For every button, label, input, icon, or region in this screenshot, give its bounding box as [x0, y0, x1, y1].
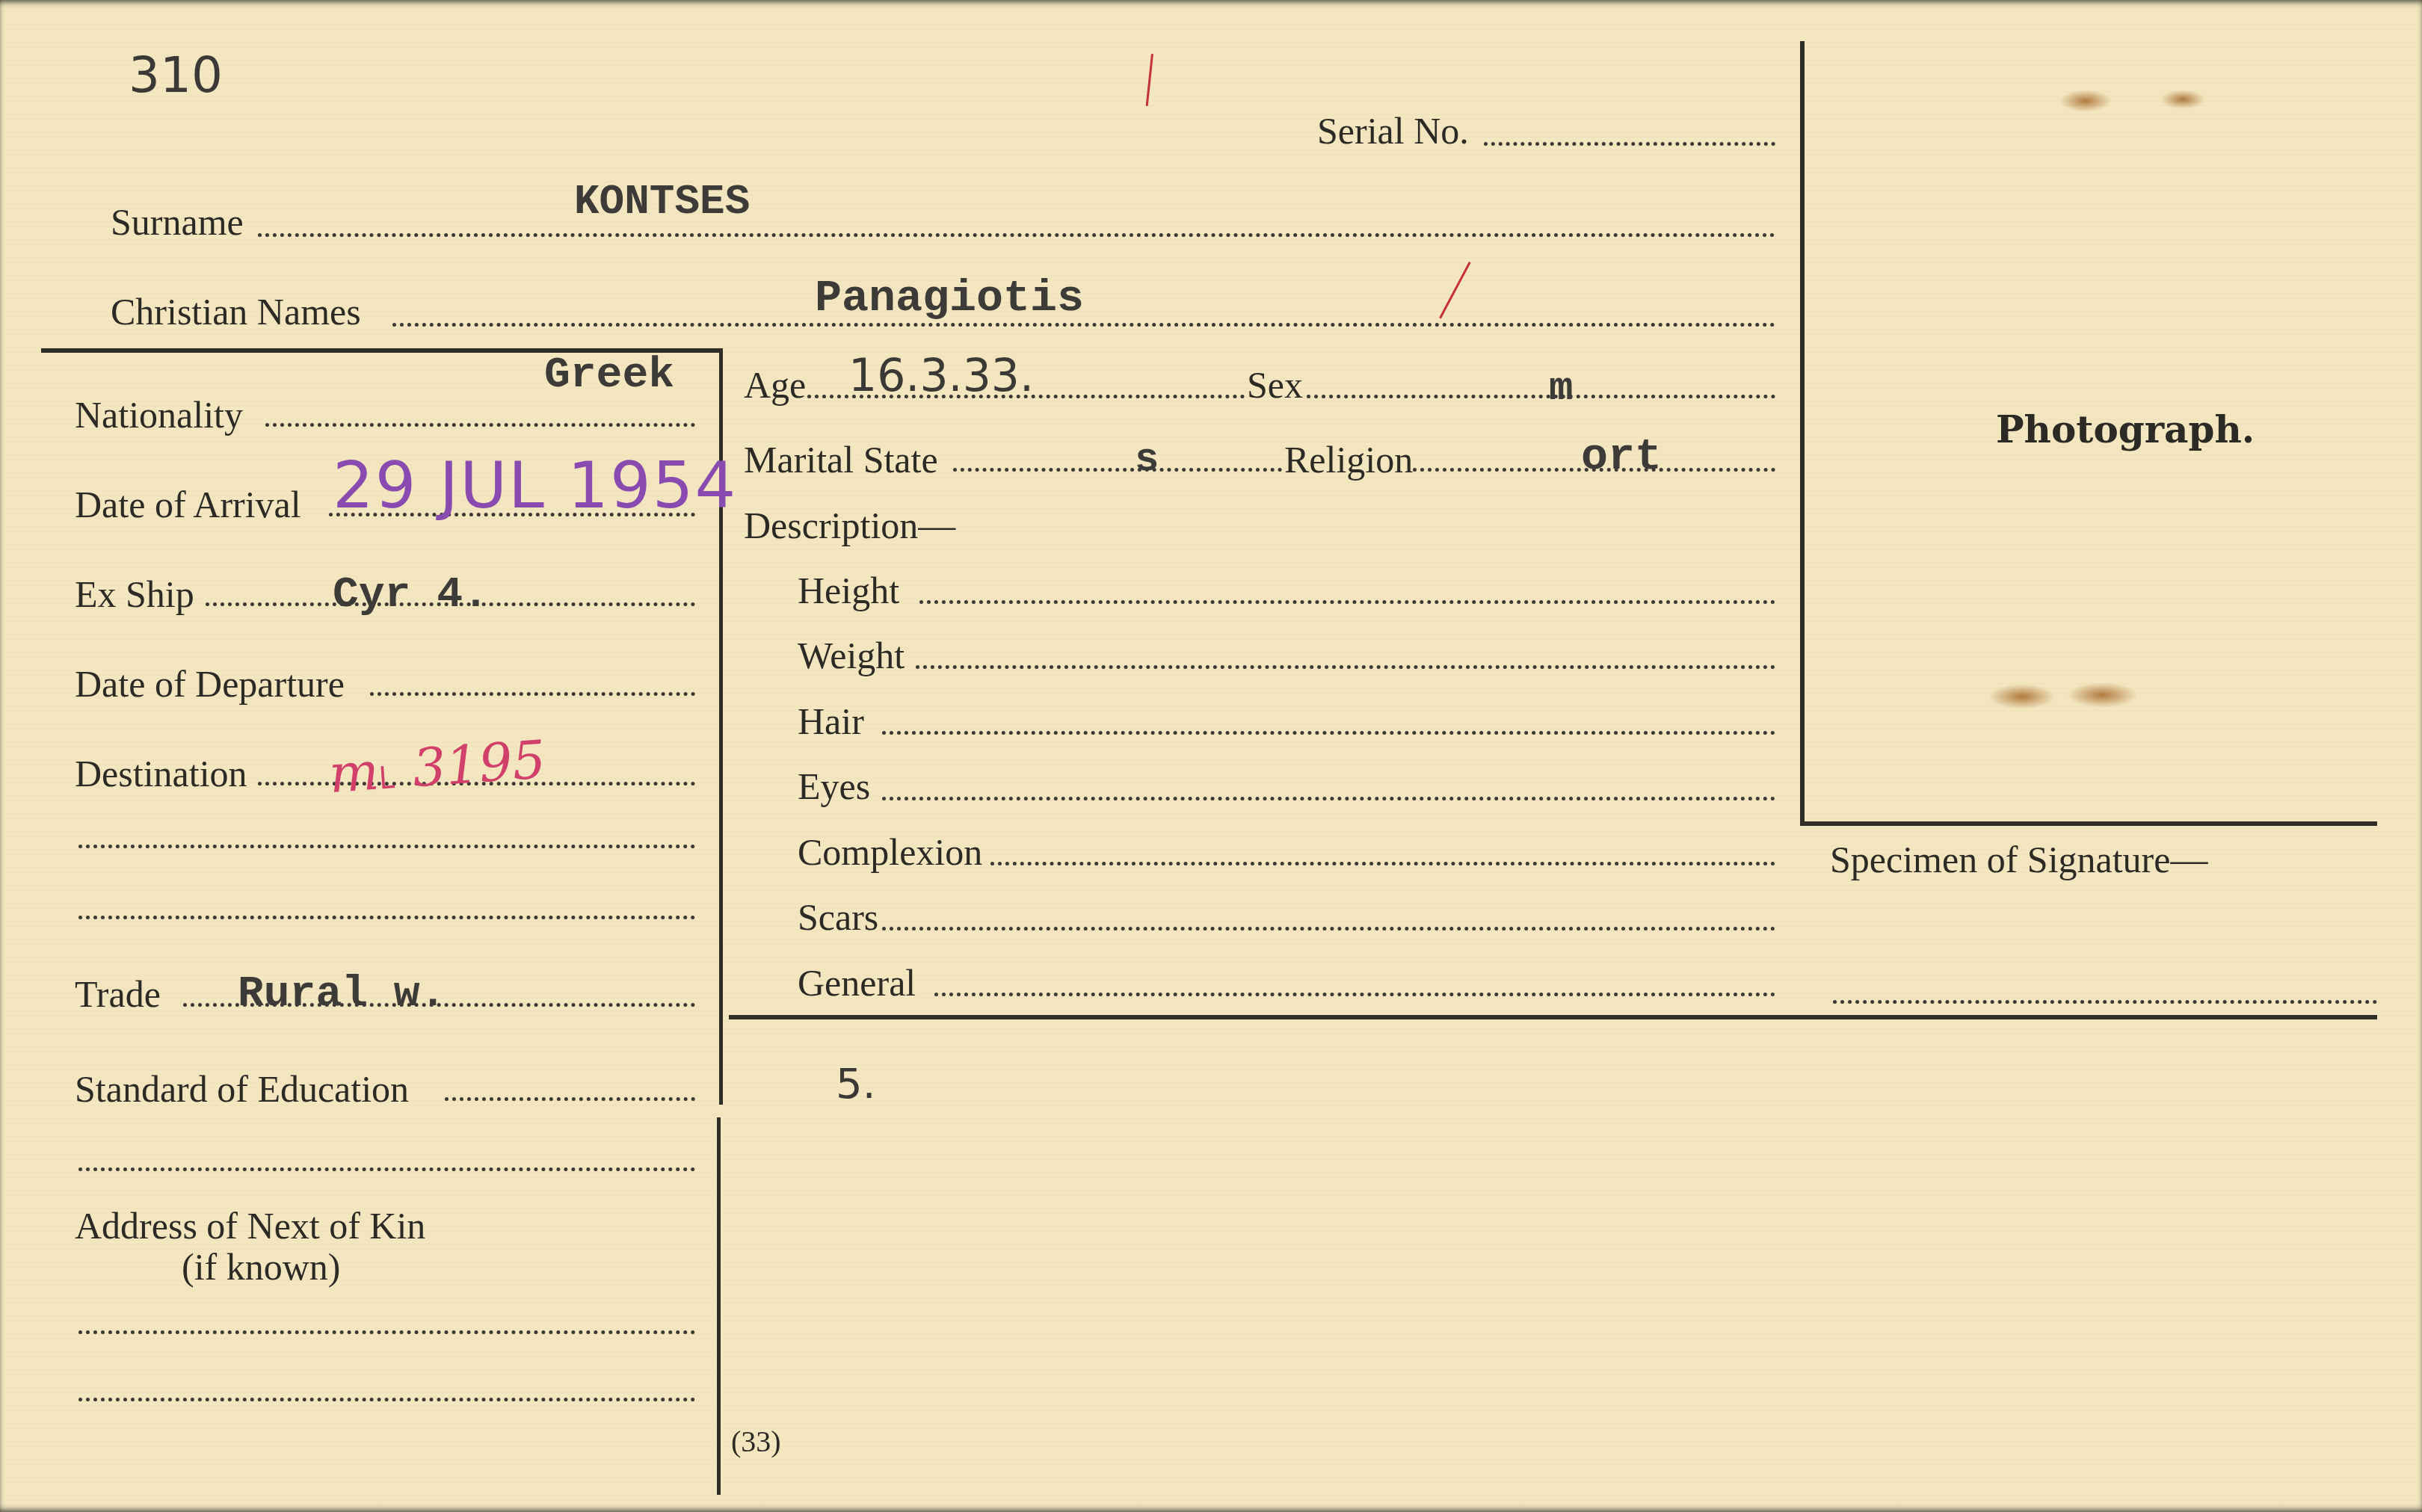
divider-left-column-lower	[717, 1117, 721, 1495]
trade-value: Rural w.	[238, 970, 446, 1019]
height-label: Height	[798, 572, 899, 609]
date-of-departure-field[interactable]	[370, 692, 695, 696]
nationality-label: Nationality	[75, 396, 243, 433]
education-extra-line[interactable]	[78, 1167, 695, 1171]
general-label: General	[798, 964, 916, 1002]
surname-value: KONTSES	[574, 178, 750, 226]
divider-description-bottom	[729, 1015, 2377, 1019]
sex-field[interactable]	[1307, 395, 1775, 398]
nationality-value: Greek	[544, 351, 674, 400]
photograph-label: Photograph.	[1996, 407, 2255, 451]
religion-value: ort	[1581, 432, 1662, 483]
description-heading: Description—	[744, 507, 955, 544]
next-of-kin-line-1[interactable]	[78, 1330, 695, 1334]
eyes-field[interactable]	[882, 797, 1775, 800]
christian-names-label: Christian Names	[111, 293, 361, 330]
trade-label: Trade	[75, 975, 161, 1013]
red-pencil-mark	[1439, 262, 1471, 318]
red-pencil-mark	[1146, 54, 1153, 106]
signature-label: Specimen of Signature—	[1830, 841, 2207, 878]
religion-label: Religion	[1284, 441, 1413, 478]
surname-label: Surname	[111, 203, 244, 241]
weight-label: Weight	[798, 637, 905, 674]
christian-names-value: Panagiotis	[815, 274, 1084, 324]
signature-field[interactable]	[1833, 1000, 2377, 1004]
height-field[interactable]	[919, 600, 1775, 604]
destination-extra-line-1[interactable]	[78, 845, 695, 848]
scars-label: Scars	[798, 898, 878, 936]
sex-value: m	[1549, 366, 1573, 412]
next-of-kin-line-2[interactable]	[78, 1398, 695, 1401]
next-of-kin-label: Address of Next of Kin	[75, 1207, 425, 1244]
age-value: 16.3.33.	[848, 350, 1034, 402]
destination-label: Destination	[75, 755, 247, 792]
date-of-departure-label: Date of Departure	[75, 665, 345, 703]
complexion-label: Complexion	[798, 833, 982, 871]
ex-ship-label: Ex Ship	[75, 576, 194, 613]
age-label: Age	[744, 366, 806, 404]
destination-handwritten-value: m˪ 3195	[327, 729, 547, 806]
surname-field[interactable]	[258, 233, 1775, 237]
weight-field[interactable]	[916, 665, 1775, 669]
hair-label: Hair	[798, 703, 864, 740]
form-number: (33)	[731, 1424, 781, 1459]
education-note: 5.	[836, 1060, 875, 1108]
serial-number-field[interactable]	[1484, 142, 1775, 146]
destination-extra-line-2[interactable]	[78, 916, 695, 919]
marital-state-field[interactable]	[953, 468, 1282, 472]
marital-state-value: s	[1135, 437, 1159, 483]
ex-ship-value: Cyr 4.	[333, 571, 489, 620]
marital-state-label: Marital State	[744, 441, 938, 478]
complexion-field[interactable]	[990, 862, 1775, 865]
hair-field[interactable]	[882, 731, 1775, 735]
nationality-field[interactable]	[265, 423, 695, 427]
serial-number-label: Serial No.	[1317, 112, 1469, 149]
photo-box-bottom	[1800, 821, 2377, 826]
standard-of-education-label: Standard of Education	[75, 1070, 409, 1108]
migrant-registration-card: 310 Serial No. Surname KONTSES Christian…	[0, 0, 2422, 1512]
card-number: 310	[129, 46, 223, 104]
sex-label: Sex	[1247, 366, 1303, 404]
date-of-arrival-stamp: 29 JUL 1954	[333, 448, 737, 523]
scars-field[interactable]	[882, 927, 1775, 931]
standard-of-education-field[interactable]	[445, 1097, 695, 1101]
general-field[interactable]	[934, 993, 1775, 996]
eyes-label: Eyes	[798, 768, 870, 805]
date-of-arrival-label: Date of Arrival	[75, 486, 301, 523]
next-of-kin-sublabel: (if known)	[182, 1248, 340, 1286]
